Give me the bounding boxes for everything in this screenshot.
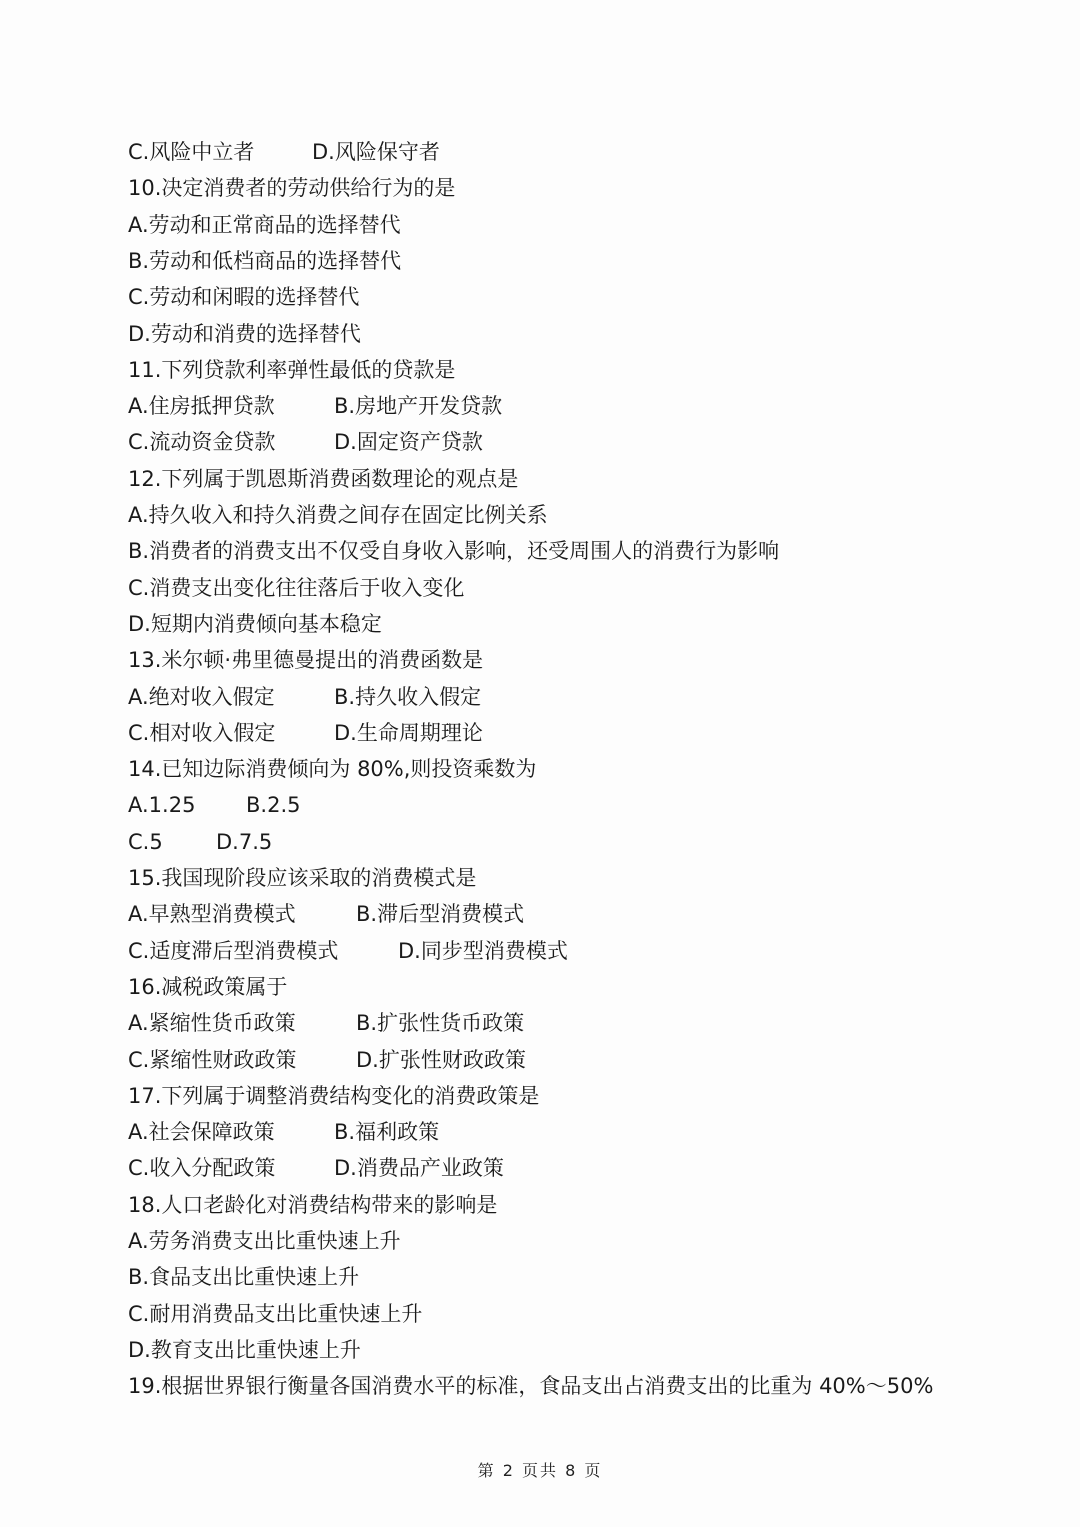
- answer-option: B.滞后型消费模式: [356, 899, 524, 929]
- question-stem: 18.人口老龄化对消费结构带来的影响是: [128, 1190, 497, 1220]
- answer-option: D.消费品产业政策: [334, 1153, 504, 1183]
- answer-option: D.教育支出比重快速上升: [128, 1335, 361, 1365]
- answer-option: A.社会保障政策: [128, 1117, 275, 1147]
- question-stem: 14.已知边际消费倾向为 80%,则投资乘数为: [128, 754, 536, 784]
- question-stem: 15.我国现阶段应该采取的消费模式是: [128, 863, 476, 893]
- answer-option: C.风险中立者: [128, 137, 254, 167]
- question-stem: 10.决定消费者的劳动供给行为的是: [128, 173, 455, 203]
- answer-option: A.早熟型消费模式: [128, 899, 296, 929]
- answer-option: B.扩张性货币政策: [356, 1008, 524, 1038]
- answer-option: C.适度滞后型消费模式: [128, 936, 338, 966]
- answer-option: C.相对收入假定: [128, 718, 275, 748]
- question-stem: 12.下列属于凯恩斯消费函数理论的观点是: [128, 464, 518, 494]
- question-stem: 13.米尔顿·弗里德曼提出的消费函数是: [128, 645, 483, 675]
- answer-option: A.持久收入和持久消费之间存在固定比例关系: [128, 500, 548, 530]
- answer-option: A.住房抵押贷款: [128, 391, 275, 421]
- answer-option: C.消费支出变化往往落后于收入变化: [128, 573, 464, 603]
- answer-option: D.7.5: [216, 827, 272, 857]
- answer-option: C.5: [128, 827, 163, 857]
- answer-option: D.生命周期理论: [334, 718, 483, 748]
- answer-option: C.紧缩性财政政策: [128, 1045, 296, 1075]
- page-footer: 第 2 页共 8 页: [0, 1459, 1080, 1483]
- answer-option: A.劳务消费支出比重快速上升: [128, 1226, 401, 1256]
- answer-option: D.劳动和消费的选择替代: [128, 319, 361, 349]
- answer-option: C.耐用消费品支出比重快速上升: [128, 1299, 422, 1329]
- answer-option: C.流动资金贷款: [128, 427, 275, 457]
- answer-option: B.食品支出比重快速上升: [128, 1262, 359, 1292]
- answer-option: A.绝对收入假定: [128, 682, 275, 712]
- answer-option: A.紧缩性货币政策: [128, 1008, 296, 1038]
- answer-option: B.福利政策: [334, 1117, 439, 1147]
- answer-option: A.劳动和正常商品的选择替代: [128, 210, 401, 240]
- exam-page: C.风险中立者D.风险保守者10.决定消费者的劳动供给行为的是A.劳动和正常商品…: [0, 0, 1080, 1527]
- answer-option: D.短期内消费倾向基本稳定: [128, 609, 382, 639]
- question-stem: 16.减税政策属于: [128, 972, 287, 1002]
- answer-option: D.同步型消费模式: [398, 936, 568, 966]
- question-stem: 19.根据世界银行衡量各国消费水平的标准，食品支出占消费支出的比重为 40%～5…: [128, 1371, 933, 1401]
- answer-option: B.持久收入假定: [334, 682, 481, 712]
- answer-option: B.房地产开发贷款: [334, 391, 502, 421]
- answer-option: B.消费者的消费支出不仅受自身收入影响，还受周围人的消费行为影响: [128, 536, 779, 566]
- answer-option: D.固定资产贷款: [334, 427, 483, 457]
- answer-option: C.收入分配政策: [128, 1153, 275, 1183]
- answer-option: B.劳动和低档商品的选择替代: [128, 246, 401, 276]
- answer-option: D.扩张性财政政策: [356, 1045, 526, 1075]
- question-stem: 11.下列贷款利率弹性最低的贷款是: [128, 355, 455, 385]
- answer-option: C.劳动和闲暇的选择替代: [128, 282, 359, 312]
- answer-option: D.风险保守者: [312, 137, 440, 167]
- answer-option: B.2.5: [246, 790, 300, 820]
- question-stem: 17.下列属于调整消费结构变化的消费政策是: [128, 1081, 539, 1111]
- answer-option: A.1.25: [128, 790, 195, 820]
